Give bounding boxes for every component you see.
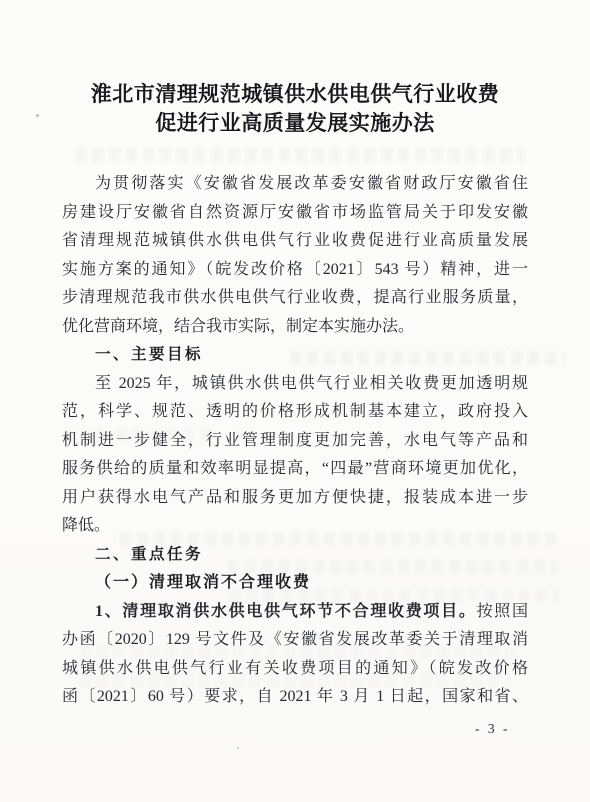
paragraph3-line: 1、清理取消供水供电供气环节不合理收费项目。按照国 [62,598,528,627]
document-page: 淮北市清理规范城镇供水供电供气行业收费 促进行业高质量发展实施办法 为贯彻落实《… [0,0,590,802]
scan-speck [237,747,239,749]
heading-key-tasks: 二、重点任务 [62,541,528,570]
page-number: - 3 - [475,721,510,737]
title-line-2: 促进行业高质量发展实施办法 [0,109,590,138]
paragraph2-line: 降低。 [62,512,528,541]
paragraph1-line: 为贯彻落实《安徽省发展改革委安徽省财政厅安徽省住 [62,170,528,199]
paragraph3-text: 按照国 [477,603,528,620]
paragraph1-line: 省清理规范城镇供水供电供气行业收费促进行业高质量发展 [62,227,528,256]
paragraph1-line: 优化营商环境，结合我市实际，制定本实施办法。 [62,313,528,342]
paragraph2-line: 至 2025 年，城镇供水供电供气行业相关收费更加透明规 [62,370,528,399]
paragraph1-line: 实施方案的通知》（皖发改价格〔2021〕543 号）精神，进一 [62,256,528,285]
title-line-1: 淮北市清理规范城镇供水供电供气行业收费 [0,80,590,109]
paragraph3-line: 城镇供水供电供气行业有关收费项目的通知》（皖发改价格 [62,655,528,684]
paragraph3-bold-lead: 1、清理取消供水供电供气环节不合理收费项目。 [95,603,477,620]
paragraph1-line: 房建设厅安徽省自然资源厅安徽省市场监管局关于印发安徽 [62,199,528,228]
paragraph3-line: 函〔2021〕60 号）要求，自 2021 年 3 月 1 日起，国家和省、 [62,683,528,712]
paragraph3-line: 办函〔2020〕129 号文件及《安徽省发展改革委关于清理取消 [62,626,528,655]
paragraph1-line: 步清理规范我市供水供电供气行业收费，提高行业服务质量， [62,284,528,313]
heading-main-goals: 一、主要目标 [62,341,528,370]
paragraph2-line: 机制进一步健全，行业管理制度更加完善，水电气等产品和 [62,427,528,456]
subheading-cancel-unreasonable-fees: （一）清理取消不合理收费 [62,569,528,598]
paragraph2-line: 用户获得水电气产品和服务更加方便快捷，报装成本进一步 [62,484,528,513]
paragraph2-line: 范，科学、规范、透明的价格形成机制基本建立，政府投入 [62,398,528,427]
document-body: 为贯彻落实《安徽省发展改革委安徽省财政厅安徽省住 房建设厅安徽省自然资源厅安徽省… [62,170,528,712]
paragraph2-line: 服务供给的质量和效率明显提高，“四最”营商环境更加优化， [62,455,528,484]
bleed-through-artifact [75,148,525,163]
document-title: 淮北市清理规范城镇供水供电供气行业收费 促进行业高质量发展实施办法 [0,80,590,138]
